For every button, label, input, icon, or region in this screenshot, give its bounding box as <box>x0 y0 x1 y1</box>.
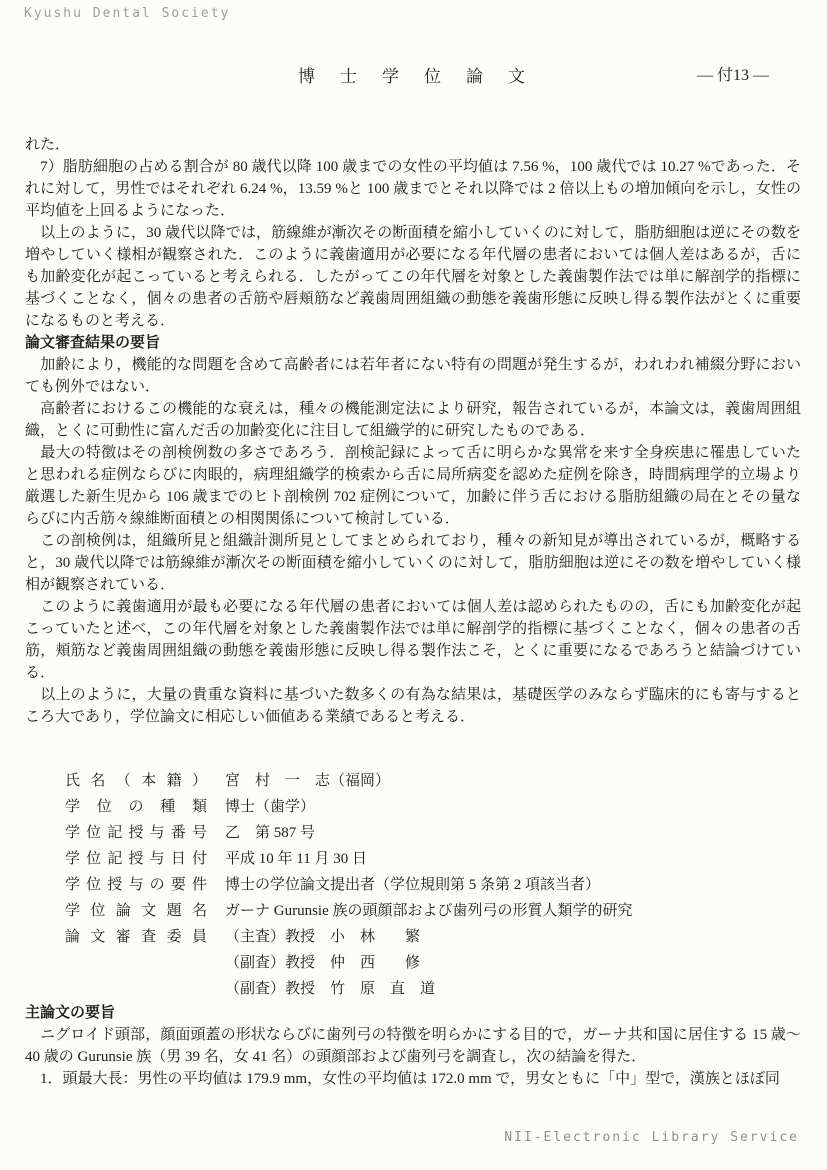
degree-info-row-name: 氏名（本籍） 宮 村 一 志（福岡） <box>65 768 801 794</box>
degree-info-label: 学位記授与日付 <box>65 846 207 872</box>
degree-info-label <box>65 950 207 976</box>
paragraph: この剖検例は，組織所見と組織計測所見としてまとめられており，種々の新知見が導出さ… <box>25 530 801 596</box>
degree-info-label: 氏名（本籍） <box>65 768 207 794</box>
paragraph: ニグロイド頭部，顔面頭蓋の形状ならびに歯列弓の特徴を明らかにする目的で，ガーナ共… <box>25 1024 801 1068</box>
document-header: 博 士 学 位 論 文 ― 付13 ― <box>0 62 827 86</box>
paragraph: このように義歯適用が最も必要になる年代層の患者においては個人差は認められたものの… <box>25 596 801 684</box>
paragraph: 7）脂肪細胞の占める割合が 80 歳代以降 100 歳までの女性の平均値は 7.… <box>25 156 801 222</box>
paragraph: 1．頭最大長：男性の平均値は 179.9 mm，女性の平均値は 172.0 mm… <box>25 1068 801 1090</box>
nii-library-watermark: NII-Electronic Library Service <box>504 1130 799 1145</box>
degree-info-row-thesis-title: 学位論文題名 ガーナ Gurunsie 族の頭顔部および歯列弓の形質人類学的研究 <box>65 898 801 924</box>
paragraph: 高齢者におけるこの機能的な衰えは，種々の機能測定法により研究，報告されているが，… <box>25 398 801 442</box>
degree-info-label: 学位の種類 <box>65 794 207 820</box>
paragraph: 加齢により，機能的な問題を含めて高齢者には若年者にない特有の問題が発生するが，わ… <box>25 354 801 398</box>
degree-info-row-committee-sub1: （副査）教授 仲 西 修 <box>65 950 801 976</box>
page-number: ― 付13 ― <box>697 62 769 85</box>
degree-info-value: （主査）教授 小 林 繁 <box>225 924 420 950</box>
degree-info-row-certificate-number: 学位記授与番号 乙 第 587 号 <box>65 820 801 846</box>
degree-info-value: ガーナ Gurunsie 族の頭顔部および歯列弓の形質人類学的研究 <box>225 898 633 924</box>
degree-info-label <box>65 976 207 1002</box>
paragraph: 以上のように，30 歳代以降では，筋線維が漸次その断面積を縮小していくのに対して… <box>25 222 801 332</box>
degree-info-label: 学位論文題名 <box>65 898 207 924</box>
degree-info-label: 論文審査委員 <box>65 924 207 950</box>
degree-info-label: 学位記授与番号 <box>65 820 207 846</box>
degree-info-value: 博士の学位論文提出者（学位規則第 5 条第 2 項該当者） <box>225 872 600 898</box>
scan-source-label: Kyushu Dental Society <box>24 6 230 21</box>
degree-info-row-conferral-date: 学位記授与日付 平成 10 年 11 月 30 日 <box>65 846 801 872</box>
continuation-line: れた． <box>25 134 801 156</box>
degree-info-value: 平成 10 年 11 月 30 日 <box>225 846 367 872</box>
page-body: れた． 7）脂肪細胞の占める割合が 80 歳代以降 100 歳までの女性の平均値… <box>25 134 801 1090</box>
main-summary-heading: 主論文の要旨 <box>25 1002 801 1024</box>
document-page: Kyushu Dental Society 博 士 学 位 論 文 ― 付13 … <box>0 0 827 1170</box>
degree-info-row-committee-sub2: （副査）教授 竹 原 直 道 <box>65 976 801 1002</box>
review-result-heading: 論文審査結果の要旨 <box>25 332 801 354</box>
degree-info-table: 氏名（本籍） 宮 村 一 志（福岡） 学位の種類 博士（歯学） 学位記授与番号 … <box>65 768 801 1002</box>
paragraph: 最大の特徴はその剖検例数の多さであろう．剖検記録によって舌に明らかな異常を来す全… <box>25 442 801 530</box>
degree-info-value: 博士（歯学） <box>225 794 315 820</box>
degree-info-value: （副査）教授 竹 原 直 道 <box>225 976 435 1002</box>
paragraph: 以上のように，大量の貴重な資料に基づいた数多くの有為な結果は，基礎医学のみならず… <box>25 684 801 728</box>
degree-info-value: （副査）教授 仲 西 修 <box>225 950 420 976</box>
degree-info-row-degree-type: 学位の種類 博士（歯学） <box>65 794 801 820</box>
degree-info-row-requirements: 学位授与の要件 博士の学位論文提出者（学位規則第 5 条第 2 項該当者） <box>65 872 801 898</box>
degree-info-label: 学位授与の要件 <box>65 872 207 898</box>
degree-info-row-committee-chief: 論文審査委員 （主査）教授 小 林 繁 <box>65 924 801 950</box>
degree-info-value: 乙 第 587 号 <box>225 820 315 846</box>
degree-info-value: 宮 村 一 志（福岡） <box>225 768 390 794</box>
